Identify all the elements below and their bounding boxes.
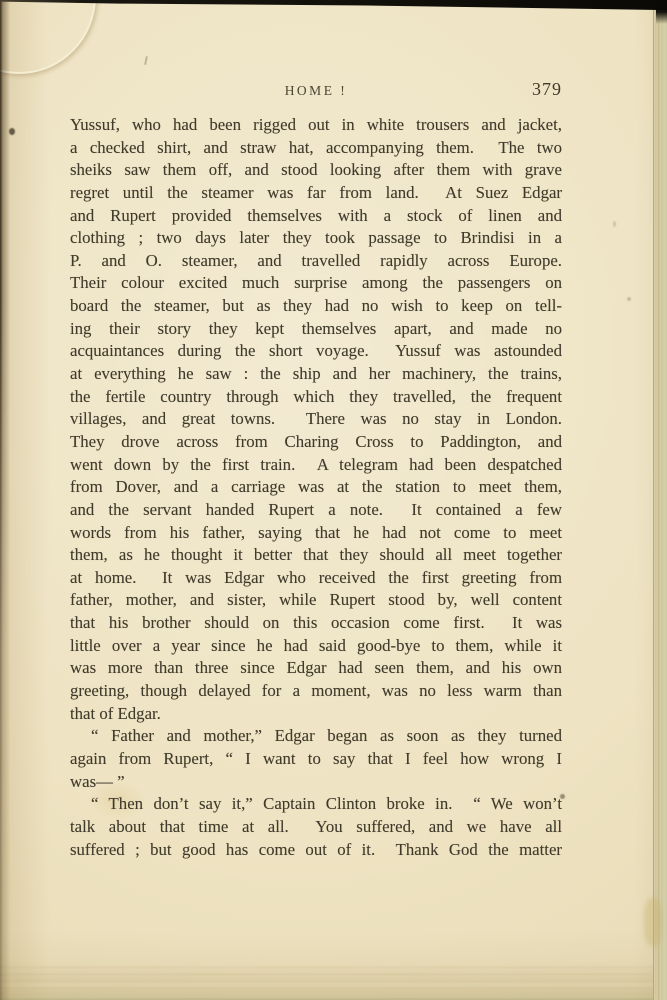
text-line: board the steamer, but as they had no wi… [70, 295, 562, 318]
bottom-page-edge-stack [0, 962, 667, 1000]
paper-speck [144, 56, 148, 65]
page-curl-highlight [0, 0, 96, 74]
text-line: was more than three since Edgar had seen… [70, 657, 562, 680]
text-line: went down by the first train. A telegram… [70, 454, 562, 477]
right-page-edge-stack [653, 0, 667, 1000]
text-line: was— ” [70, 771, 562, 794]
text-line: at home. It was Edgar who received the f… [70, 567, 562, 590]
text-line: that of Edgar. [70, 703, 562, 726]
text-line: again from Rupert, “ I want to say that … [70, 748, 562, 771]
top-board-edge [0, 0, 667, 12]
text-line: from Dover, and a carriage was at the st… [70, 476, 562, 499]
edge-stain [644, 898, 662, 946]
text-line: ing their story they kept themselves apa… [70, 318, 562, 341]
text-line: clothing ; two days later they took pass… [70, 227, 562, 250]
text-line: sheiks saw them off, and stood looking a… [70, 159, 562, 182]
text-line: acquaintances during the short voyage. Y… [70, 340, 562, 363]
scanned-book-page: HOME ! 379 Yussuf, who had been rigged o… [0, 0, 667, 1000]
text-line: them, as he thought it better that they … [70, 544, 562, 567]
page-number: 379 [532, 79, 562, 100]
text-line: villages, and great towns. There was no … [70, 408, 562, 431]
text-line: that his brother should on this occasion… [70, 612, 562, 635]
text-line: P. and O. steamer, and travelled rapidly… [70, 250, 562, 273]
text-line: and the servant handed Rupert a note. It… [70, 499, 562, 522]
text-line: suffered ; but good has come out of it. … [70, 839, 562, 862]
text-line: “ Father and mother,” Edgar began as soo… [70, 725, 562, 748]
text-line: Their colour excited much surprise among… [70, 272, 562, 295]
text-line: talk about that time at all. You suffere… [70, 816, 562, 839]
text-line: greeting, though delayed for a moment, w… [70, 680, 562, 703]
text-line: a checked shirt, and straw hat, accompan… [70, 137, 562, 160]
paper-speck [613, 221, 616, 227]
text-line: Yussuf, who had been rigged out in white… [70, 114, 562, 137]
running-title: HOME ! [70, 83, 562, 99]
body-text: Yussuf, who had been rigged out in white… [70, 114, 562, 861]
text-line: regret until the steamer was far from la… [70, 182, 562, 205]
text-line: father, mother, and sister, while Rupert… [70, 589, 562, 612]
text-line: They drove across from Charing Cross to … [70, 431, 562, 454]
text-line: and Rupert provided themselves with a st… [70, 205, 562, 228]
text-line: little over a year since he had said goo… [70, 635, 562, 658]
text-line: at everything he saw : the ship and her … [70, 363, 562, 386]
binding-gutter-shadow [0, 0, 10, 1000]
text-line: the fertile country through which they t… [70, 386, 562, 409]
text-line: “ Then don’t say it,” Captain Clinton br… [70, 793, 562, 816]
paper-speck [627, 297, 631, 301]
page-header: HOME ! 379 [70, 79, 562, 101]
text-line: words from his father, saying that he ha… [70, 522, 562, 545]
